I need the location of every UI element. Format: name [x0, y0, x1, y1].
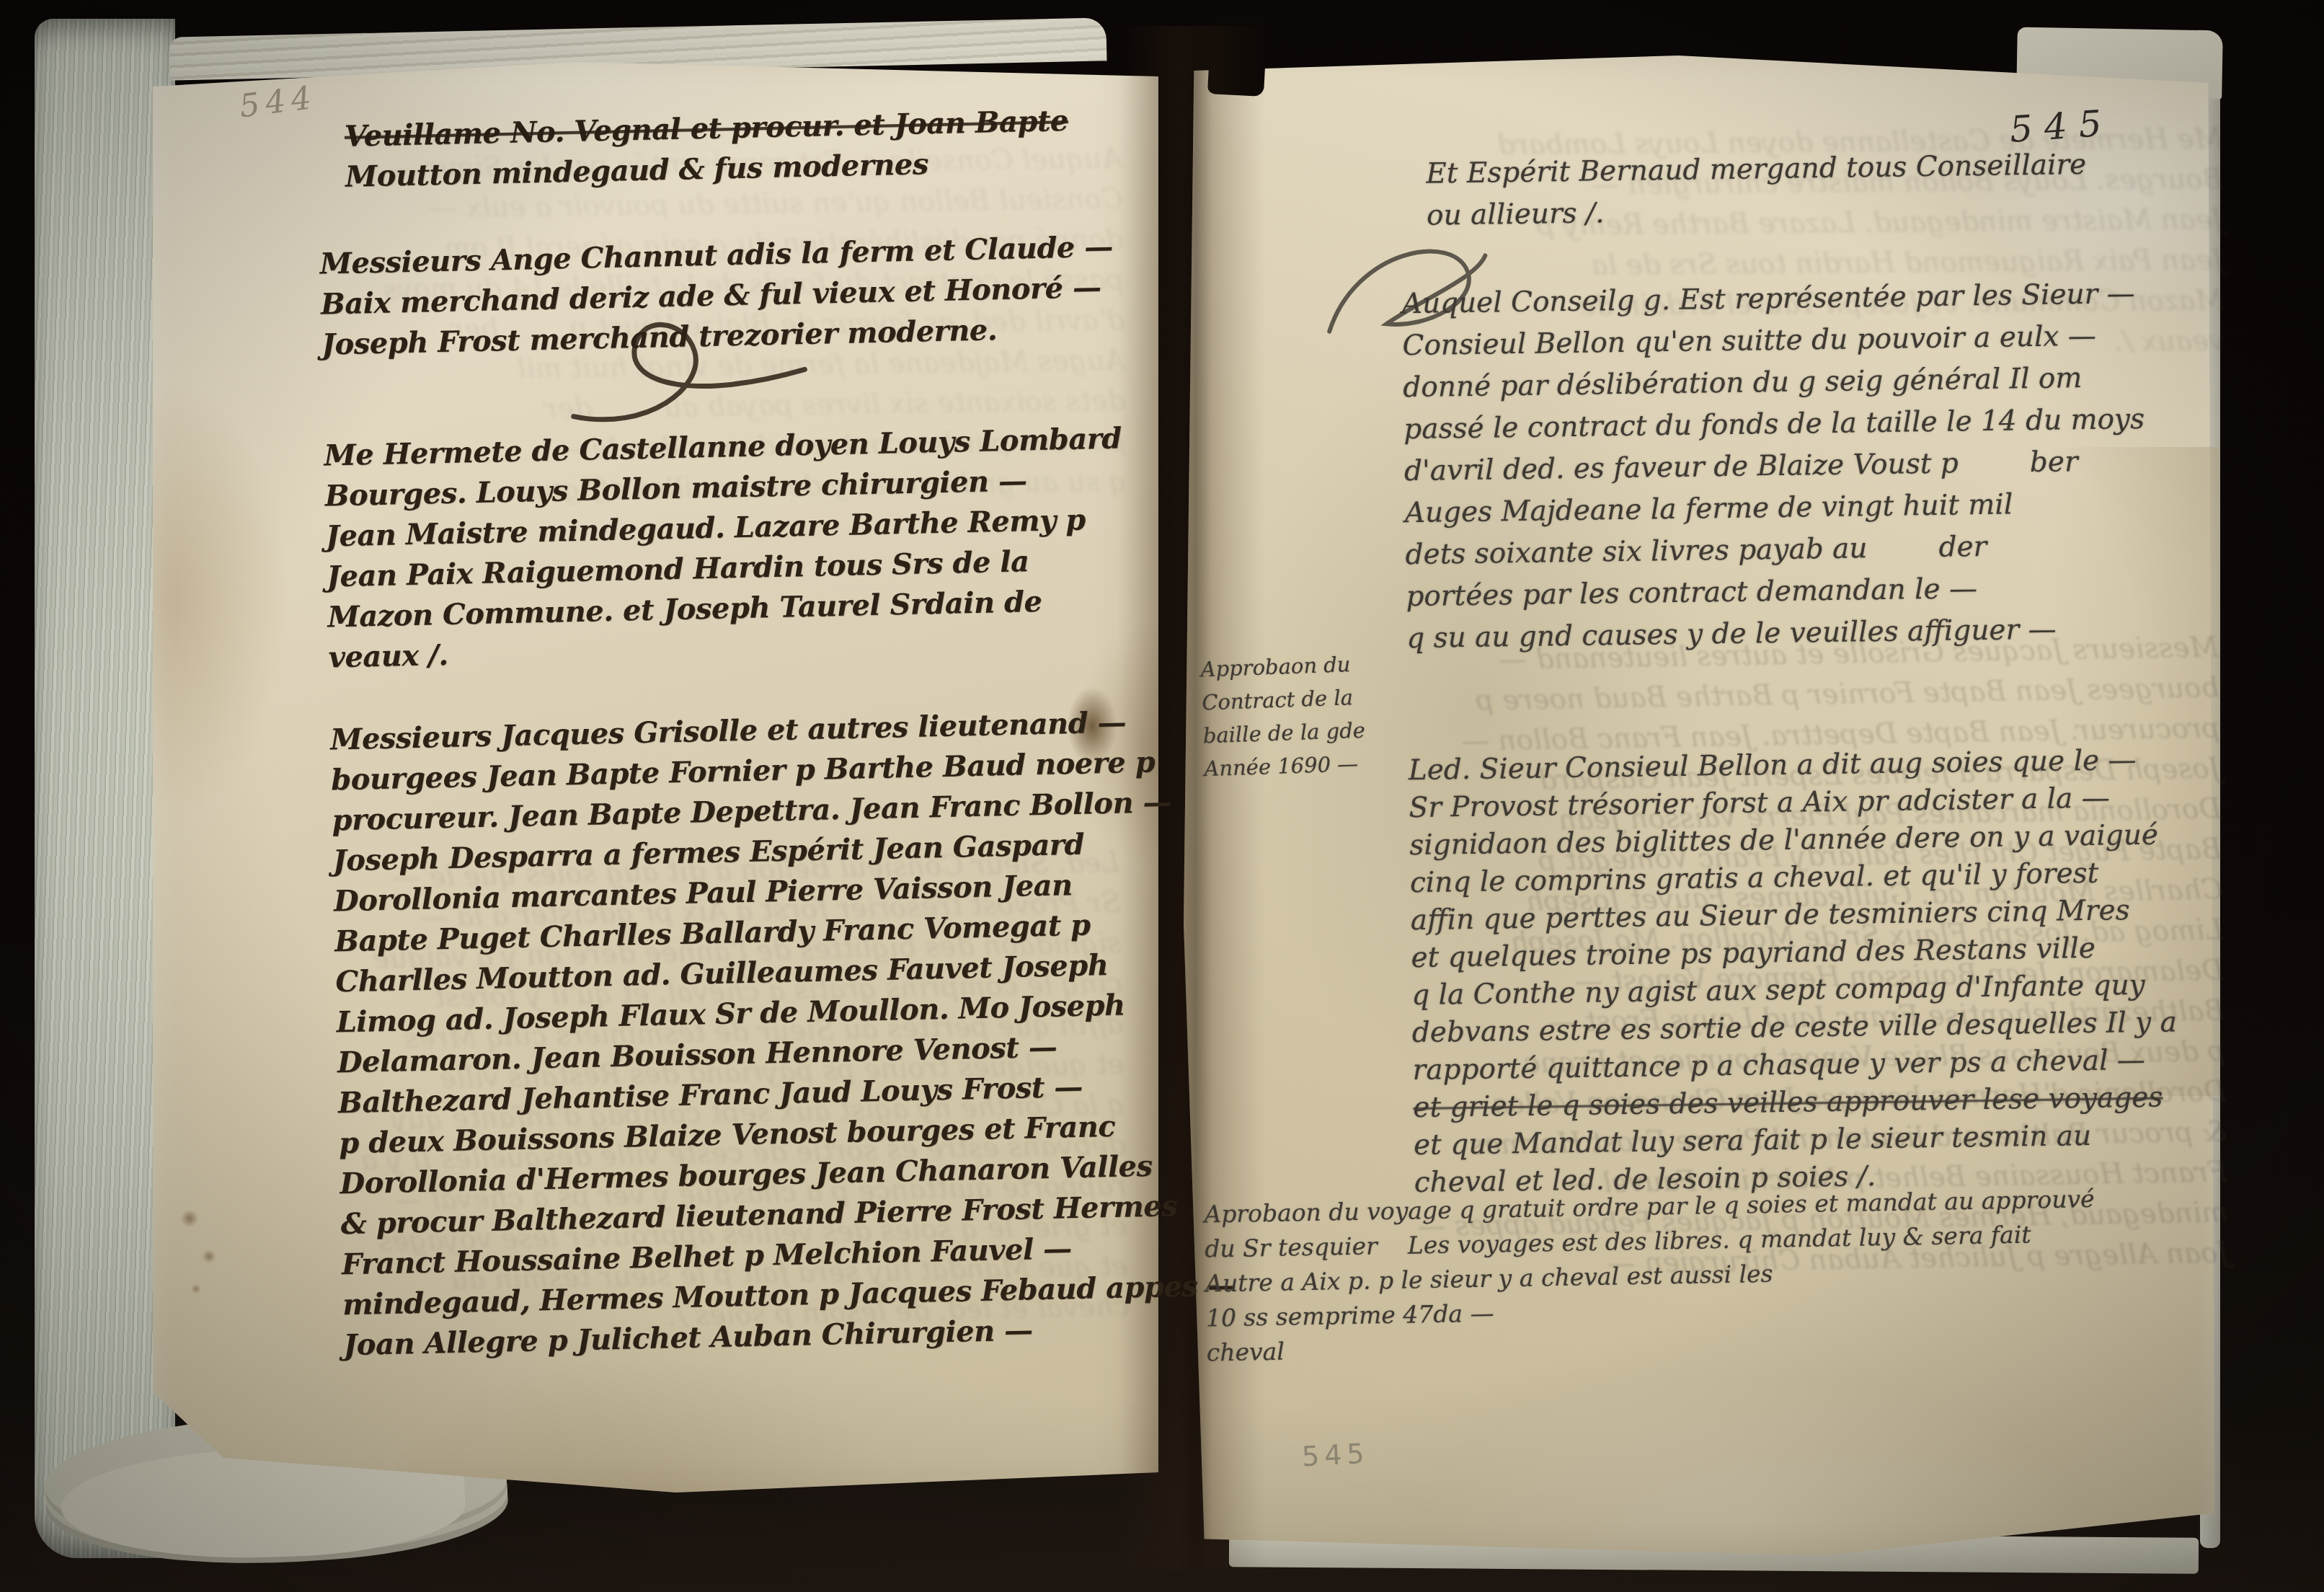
manuscript-photo: Auquel Conseilg g. Est représentée par l…	[0, 0, 2324, 1592]
bottom-note-approbation-voyage: Aprobaon du voyage q gratuit ordre par l…	[1204, 1179, 2245, 1370]
left-page-text: Veuillame No. Vegnal et procur. et Joan …	[316, 99, 1166, 1366]
right-paragraph-b: Led. Sieur Consieul Bellon a dit aug soi…	[1408, 740, 2258, 1202]
pencil-folio-number: 545	[1301, 1438, 1370, 1473]
left-paragraph-3: Me Hermete de Castellanne doyen Louys Lo…	[324, 418, 1150, 678]
left-paragraph-1: Veuillame No. Vegnal et procur. et Joan …	[344, 99, 1140, 198]
right-paragraph-a: Auquel Conseilg g. Est représentée par l…	[1401, 272, 2250, 660]
margin-note-approbation-contract: Approbaon duContract de labaille de la g…	[1200, 645, 1428, 786]
gutter-top-notch	[1207, 9, 1268, 97]
right-opening-lines: Et Espérit Bernaud mergand tous Conseill…	[1426, 142, 2245, 237]
right-page-text: Et Espérit Bernaud mergand tous Conseill…	[1400, 142, 2258, 1202]
paragraph-end-flourish	[550, 290, 833, 435]
left-paragraph-4: Messieurs Jacques Grisolle et autres lie…	[329, 702, 1165, 1366]
folio-number-right: 545	[2008, 102, 2114, 151]
